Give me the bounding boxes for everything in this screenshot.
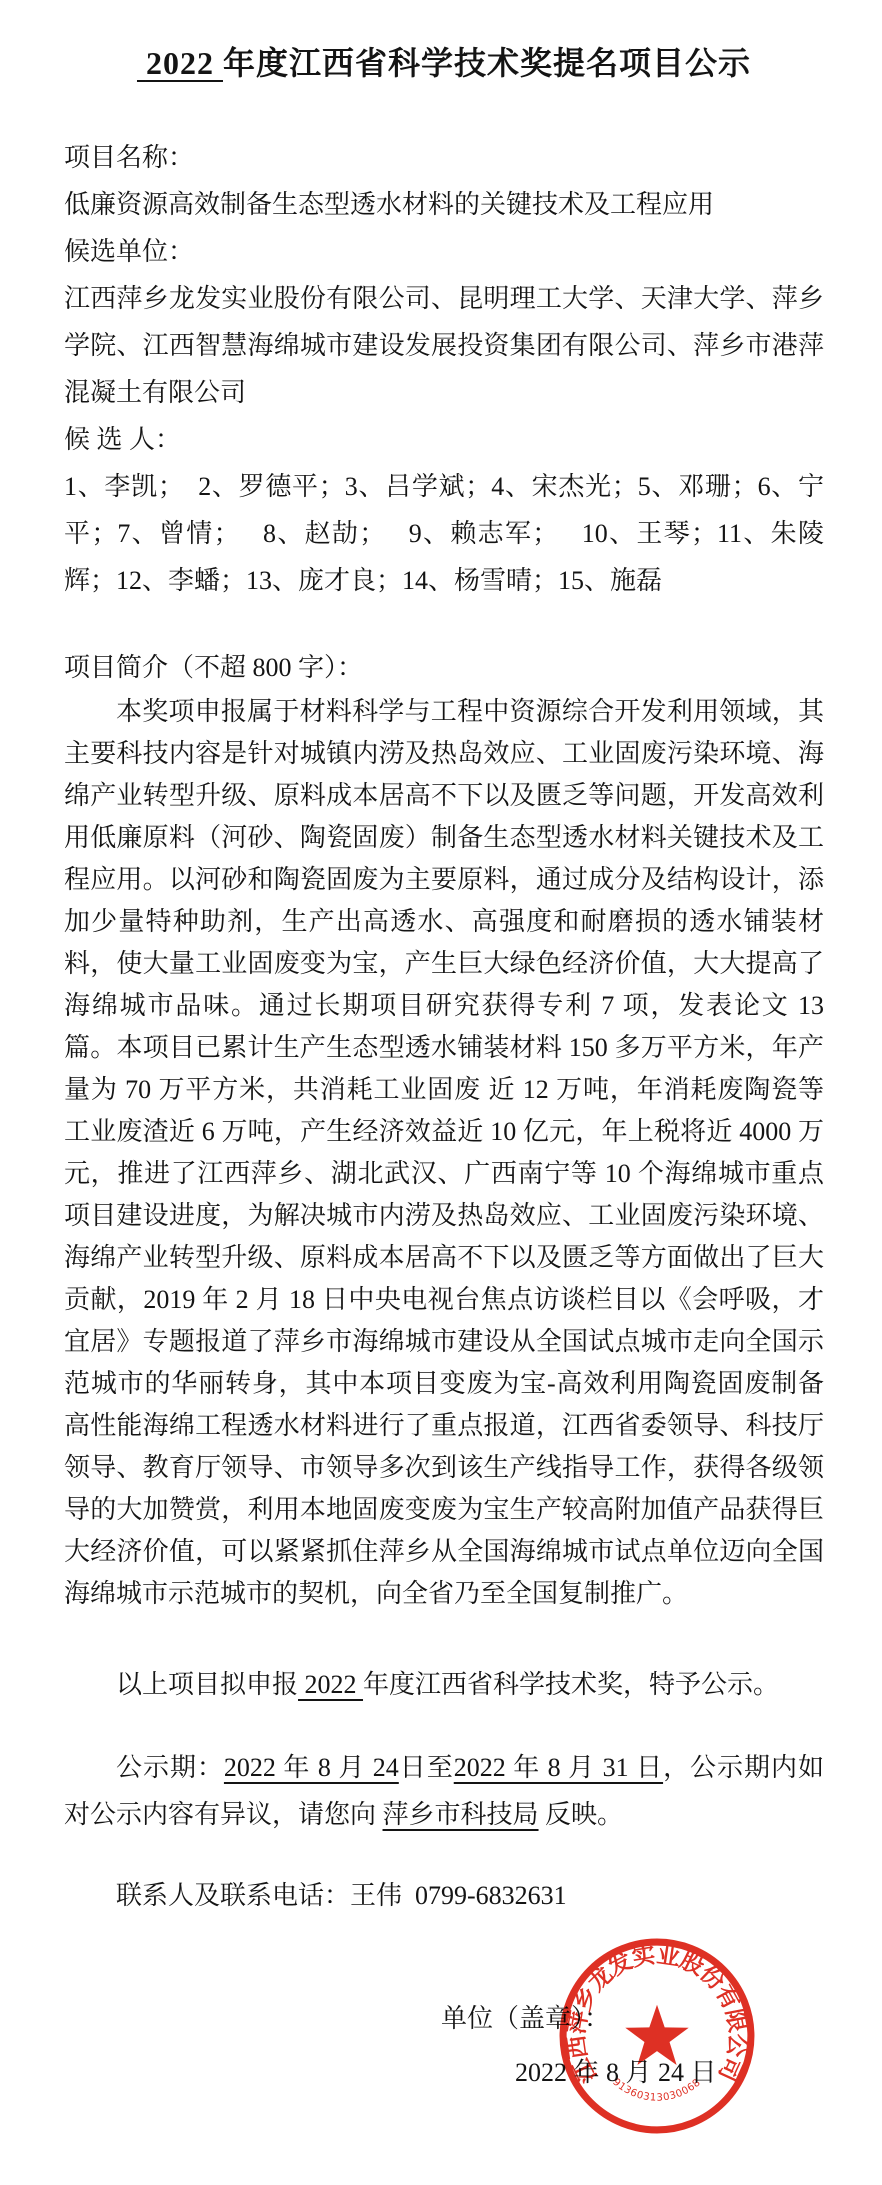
title-text: 年度江西省科学技术奖提名项目公示 [223,45,751,81]
contact-line: 联系人及联系电话：王伟 0799-6832631 [64,1872,824,1919]
company-seal: 江西萍乡龙发实业股份有限公司 91360313030068 [556,1935,758,2137]
period-line: 公示期：2022 年 8 月 24日至2022 年 8 月 31 日，公示期内如… [64,1744,824,1838]
apply-post: 年度江西省科学技术奖，特予公示。 [363,1670,779,1699]
project-name-label: 项目名称： [64,134,824,181]
candidates-label: 候 选 人： [64,416,824,463]
authority-name: 萍乡市科技局 [383,1800,539,1829]
period-label: 公示期： [116,1753,224,1782]
svg-text:91360313030068: 91360313030068 [610,2077,702,2104]
intro-paragraph: 本奖项申报属于材料科学与工程中资源综合开发利用领域，其主要科技内容是针对城镇内涝… [64,691,824,1615]
document-content: 2022 年度江西省科学技术奖提名项目公示 项目名称： 低廉资源高效制备生态型透… [0,0,882,2093]
units-label: 候选单位： [64,228,824,275]
seal-star-icon [625,2005,688,2065]
intro-label: 项目简介（不超 800 字）： [64,644,824,691]
document-page: 2022 年度江西省科学技术奖提名项目公示 项目名称： 低廉资源高效制备生态型透… [0,0,882,2185]
intro-label-row: 项目简介（不超 800 字）： [64,644,824,691]
project-name: 低廉资源高效制备生态型透水材料的关键技术及工程应用 [64,181,824,228]
apply-line: 以上项目拟申报 2022 年度江西省科学技术奖，特予公示。 [64,1661,824,1708]
period-end-date: 2022 年 8 月 31 日 [454,1753,663,1782]
title-year: 2022 [137,45,223,81]
period-tail: 反映。 [539,1800,624,1829]
seal-code-text: 91360313030068 [610,2077,702,2104]
page-title: 2022 年度江西省科学技术奖提名项目公示 [64,38,824,84]
apply-pre: 以上项目拟申报 [116,1670,298,1699]
candidates-list: 1、李凯； 2、罗德平；3、吕学斌；4、宋杰光；5、邓珊；6、宁平；7、曾情； … [64,463,824,604]
apply-year: 2022 [298,1670,363,1699]
units-list: 江西萍乡龙发实业股份有限公司、昆明理工大学、天津大学、萍乡学院、江西智慧海绵城市… [64,275,824,416]
period-start-date: 2022 年 8 月 24 [224,1753,399,1782]
fields-section: 项目名称： 低廉资源高效制备生态型透水材料的关键技术及工程应用 候选单位： 江西… [64,134,824,604]
period-mid: 日至 [399,1753,454,1782]
